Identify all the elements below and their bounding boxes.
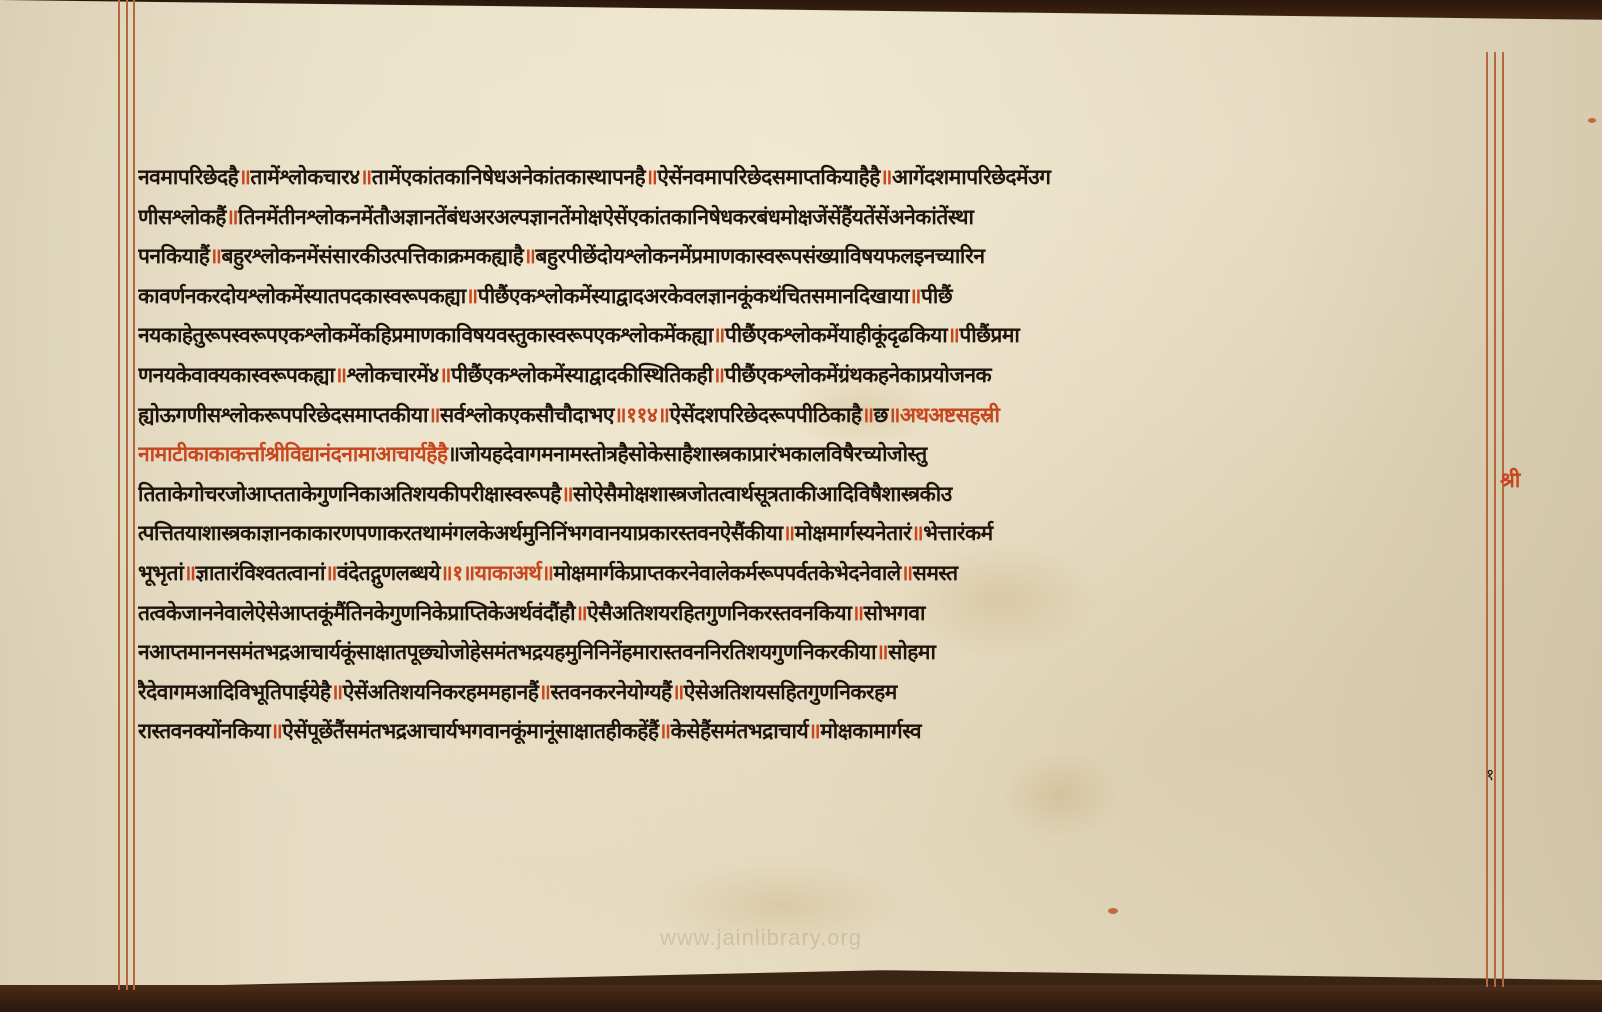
- text-segment: रास्तवनक्योंनकिया: [138, 719, 270, 743]
- text-line: भूभृतां॥ज्ञातारंविश्वतत्वानां॥वंदेतद्गुण…: [138, 554, 1458, 594]
- text-segment: वंदेतद्गुणलब्धये: [337, 561, 440, 585]
- danda-mark: ॥: [713, 323, 725, 347]
- danda-mark: ॥: [672, 680, 684, 704]
- danda-mark: ॥: [614, 403, 626, 427]
- left-margin-rule: [118, 0, 120, 990]
- left-margin-rule: [126, 0, 128, 990]
- background-bottom-edge: [0, 985, 1602, 1012]
- text-segment: कावर्णनकरदोयश्लोकमेंस्यातपदकास्वरूपकह्या: [138, 284, 466, 308]
- right-margin-rule: [1494, 52, 1496, 987]
- danda-mark: ॥: [439, 363, 451, 387]
- text-segment: समस्त: [913, 561, 958, 585]
- text-segment: सोहमा: [888, 640, 935, 664]
- danda-mark: ॥: [331, 680, 343, 704]
- danda-mark: ॥: [880, 165, 892, 189]
- danda-mark: ॥: [561, 482, 573, 506]
- danda-mark: ॥: [466, 284, 478, 308]
- text-segment: तामेंश्लोकचार४: [250, 165, 359, 189]
- text-segment: नआप्तमाननसमंतभद्रआचार्यकूंसाक्षातपूछ्योज…: [138, 640, 876, 664]
- danda-mark: ॥: [911, 521, 923, 545]
- text-segment: श्लोकचारमें४: [347, 363, 439, 387]
- paper-stain: [1000, 750, 1120, 840]
- text-line: ह्योऊगणीसश्लोकरूपपरिछेदसमाप्तकीया॥सर्वश्…: [138, 396, 1458, 436]
- text-segment: तिनमेंतीनश्लोकनमेंतौअज्ञानतेंबंधअरअल्पज्…: [238, 205, 973, 229]
- text-segment: तत्वकेजाननेवालेऐसेआप्तकूंमैंतिनकेगुणनिके…: [138, 601, 575, 625]
- text-segment: ऐसेंअतिशयनिकरहममहानहैं: [343, 680, 539, 704]
- margin-annotation: श्री: [1500, 466, 1520, 494]
- rubric-text: ११४: [626, 403, 657, 427]
- manuscript-text-block: नवमापरिछेदहै॥तामेंश्लोकचार४॥तामेंएकांतका…: [138, 158, 1458, 752]
- danda-mark: ॥: [226, 205, 238, 229]
- text-segment: णनयकेवाक्यकास्वरूपकह्या: [138, 363, 334, 387]
- danda-mark: ॥: [334, 363, 346, 387]
- danda-mark: ॥: [209, 244, 221, 268]
- text-segment: नवमापरिछेदहै: [138, 165, 238, 189]
- text-line: णीसश्लोकहैं॥तिनमेंतीनश्लोकनमेंतौअज्ञानते…: [138, 198, 1458, 238]
- text-line: कावर्णनकरदोयश्लोकमेंस्यातपदकास्वरूपकह्या…: [138, 277, 1458, 317]
- rubric-text: याकाअर्थ: [475, 561, 542, 585]
- right-margin-rule: [1486, 52, 1488, 987]
- text-segment: ऐसेंदशपरिछेदरूपपीठिकाहै: [669, 403, 861, 427]
- rubric-text: १: [452, 561, 462, 585]
- text-segment: मोक्षकामार्गस्व: [820, 719, 921, 743]
- text-segment: बहुरश्लोकनमेंसंसारकीउत्पत्तिकाक्रमकह्याह…: [222, 244, 524, 268]
- danda-mark: ॥: [463, 561, 475, 585]
- text-line: रास्तवनक्योंनकिया॥ऐसेंपूछेंतैंसमंतभद्रआच…: [138, 712, 1458, 752]
- text-segment: केसेहैंसमंतभद्राचार्य: [671, 719, 809, 743]
- text-segment: सोभगवा: [864, 601, 925, 625]
- danda-mark: ॥: [183, 561, 195, 585]
- danda-mark: ॥: [713, 363, 725, 387]
- text-segment: ज्ञातारंविश्वतत्वानां: [196, 561, 325, 585]
- margin-mark: १: [1486, 763, 1494, 785]
- text-segment: तामेंएकांतकानिषेधअनेकांतकास्थापनहै: [372, 165, 645, 189]
- text-segment: ऐसेअतिशयसहितगुणनिकरहम: [684, 680, 897, 704]
- danda-mark: ॥: [659, 719, 671, 743]
- left-margin-rule: [133, 0, 135, 990]
- text-segment: मोक्षमार्गस्यनेतारं: [795, 521, 911, 545]
- text-line: रैदेवागमआदिविभूतिपाईयेहै॥ऐसेंअतिशयनिकरहम…: [138, 673, 1458, 713]
- danda-mark: ॥: [440, 561, 452, 585]
- text-line: तिताकेगोचरजोआप्तताकेगुणनिकाअतिशयकीपरीक्ष…: [138, 475, 1458, 515]
- rubric-text: नामाटीकाकाकर्त्ताश्रीविद्यानंदनामाआचार्य…: [138, 442, 448, 466]
- text-segment: रैदेवागमआदिविभूतिपाईयेहै: [138, 680, 331, 704]
- danda-mark: ॥: [852, 601, 864, 625]
- danda-mark: ॥: [862, 403, 874, 427]
- text-segment: जोयहदेवागमनामस्तोत्रहैसोकेसाहैशास्त्रकाप…: [460, 442, 927, 466]
- text-line: नामाटीकाकाकर्त्ताश्रीविद्यानंदनामाआचार्य…: [138, 435, 1458, 475]
- text-segment: भेत्तारंकर्म: [923, 521, 993, 545]
- text-segment: छ: [874, 403, 888, 427]
- danda-mark: ॥: [876, 640, 888, 664]
- danda-mark: ॥: [538, 680, 550, 704]
- text-segment: सर्वश्लोकएकसौचौदाभए: [440, 403, 614, 427]
- rubric-text: अथअष्टसहस्री: [900, 403, 999, 427]
- text-segment: पीछैंएकश्लोकमेंस्याद्वादकीस्थितिकही: [451, 363, 713, 387]
- danda-mark: ॥: [808, 719, 820, 743]
- text-segment: पनकियाहैं: [138, 244, 209, 268]
- danda-mark: ॥: [238, 165, 250, 189]
- ink-spot: [1108, 908, 1118, 914]
- danda-mark: ॥: [428, 403, 440, 427]
- text-segment: ऐसैअतिशयरहितगुणनिकरस्तवनकिया: [587, 601, 851, 625]
- danda-mark: ॥: [947, 323, 959, 347]
- text-line: नवमापरिछेदहै॥तामेंश्लोकचार४॥तामेंएकांतका…: [138, 158, 1458, 198]
- right-margin-rule: [1502, 52, 1504, 987]
- text-line: नयकाहेतुरूपस्वरूपएकश्लोकमेंकहिप्रमाणकावि…: [138, 316, 1458, 356]
- danda-mark: ॥: [360, 165, 372, 189]
- text-segment: णीसश्लोकहैं: [138, 205, 226, 229]
- text-segment: मोक्षमार्गकेप्राप्तकरनेवालेकर्मरूपपर्वतक…: [553, 561, 900, 585]
- watermark: www.jainlibrary.org: [660, 925, 862, 951]
- text-line: पनकियाहैं॥बहुरश्लोकनमेंसंसारकीउत्पत्तिका…: [138, 237, 1458, 277]
- danda-mark: ॥: [270, 719, 282, 743]
- danda-mark: ॥: [901, 561, 913, 585]
- text-segment: सोऐसैमोक्षशास्त्रजोतत्वार्थसूत्रताकीआदिव…: [573, 482, 952, 506]
- danda-mark: ॥: [325, 561, 337, 585]
- text-segment: ऐसेंनवमापरिछेदसमाप्तकियाहैहै: [657, 165, 880, 189]
- text-segment: त्पत्तितयाशास्त्रकाज्ञानकाकारणपणाकरतथामं…: [138, 521, 783, 545]
- danda-mark: ॥: [909, 284, 921, 308]
- danda-mark: ॥: [523, 244, 535, 268]
- text-segment: ऐसेंपूछेंतैंसमंतभद्रआचार्यभगवानकूंमानूंस…: [282, 719, 658, 743]
- danda-mark: ॥: [645, 165, 657, 189]
- text-segment: पीछैंप्रमा: [959, 323, 1019, 347]
- text-segment: पीछैंएकश्लोकमेंयाहीकूंदृढकिया: [725, 323, 947, 347]
- text-line: त्पत्तितयाशास्त्रकाज्ञानकाकारणपणाकरतथामं…: [138, 514, 1458, 554]
- danda-mark: ॥: [448, 442, 460, 466]
- text-segment: आगेंदशमापरिछेदमेंउग: [892, 165, 1050, 189]
- text-segment: स्तवनकरनेयोग्यहैं: [550, 680, 671, 704]
- text-segment: पीछैंएकश्लोकमेंग्रंथकहनेकाप्रयोजनक: [725, 363, 992, 387]
- text-segment: तिताकेगोचरजोआप्तताकेगुणनिकाअतिशयकीपरीक्ष…: [138, 482, 561, 506]
- danda-mark: ॥: [783, 521, 795, 545]
- text-segment: पीछैंएकश्लोकमेंस्याद्वादअरकेवलज्ञानकूंकथ…: [478, 284, 909, 308]
- text-segment: नयकाहेतुरूपस्वरूपएकश्लोकमेंकहिप्रमाणकावि…: [138, 323, 713, 347]
- text-segment: बहुरपीछेंदोयश्लोकनमेंप्रमाणकास्वरूपसंख्य…: [535, 244, 984, 268]
- text-segment: ह्योऊगणीसश्लोकरूपपरिछेदसमाप्तकीया: [138, 403, 428, 427]
- text-line: तत्वकेजाननेवालेऐसेआप्तकूंमैंतिनकेगुणनिके…: [138, 594, 1458, 634]
- text-segment: पीछैं: [921, 284, 952, 308]
- danda-mark: ॥: [541, 561, 553, 585]
- ink-spot: [1588, 118, 1596, 123]
- danda-mark: ॥: [888, 403, 900, 427]
- danda-mark: ॥: [657, 403, 669, 427]
- text-line: नआप्तमाननसमंतभद्रआचार्यकूंसाक्षातपूछ्योज…: [138, 633, 1458, 673]
- text-segment: भूभृतां: [138, 561, 183, 585]
- text-line: णनयकेवाक्यकास्वरूपकह्या॥श्लोकचारमें४॥पीछ…: [138, 356, 1458, 396]
- danda-mark: ॥: [575, 601, 587, 625]
